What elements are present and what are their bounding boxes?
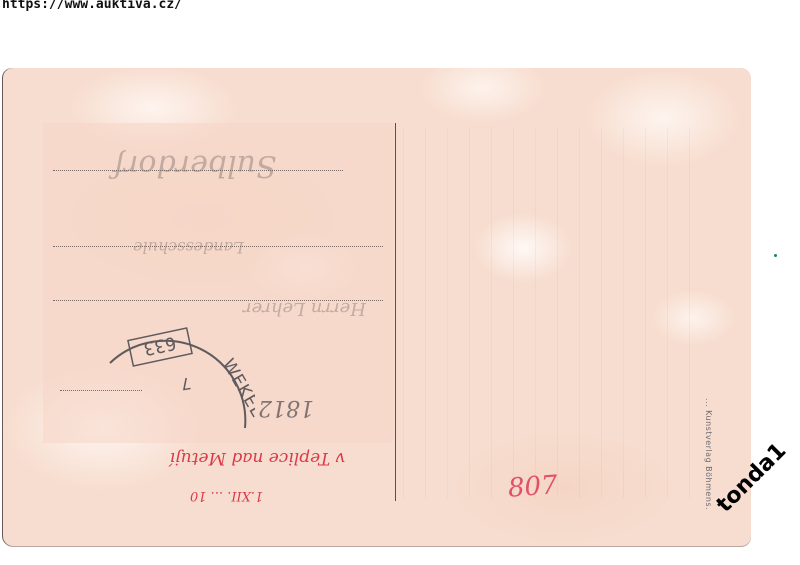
card-divider <box>395 123 396 501</box>
red-lot-number: 807 <box>507 470 559 503</box>
message-area <box>403 128 703 498</box>
pencil-handwriting: Sulberdorf <box>113 148 276 183</box>
publisher-imprint: ... Kunstverlag Böhmens. <box>704 398 713 510</box>
postmark-mark: 7 <box>179 373 192 393</box>
site-url: https://www.auktiva.cz/ <box>2 0 182 12</box>
pencil-handwriting: Herrn Lehrer <box>243 298 366 319</box>
postmark-stamp: 633 WEKELSD 7 <box>105 318 255 458</box>
postcard-back: Sulberdorf Landesschule Herrn Lehrer ...… <box>3 68 751 546</box>
pencil-handwriting: Landesschule <box>133 238 244 257</box>
postmark-town: WEKELSD <box>218 355 255 443</box>
green-dot <box>774 254 777 257</box>
red-annotation-place: v Teplice nad Metují <box>170 448 345 468</box>
pencil-number: 1812 <box>258 395 314 420</box>
red-annotation-date: 1.XII. ... 10 <box>190 488 263 503</box>
